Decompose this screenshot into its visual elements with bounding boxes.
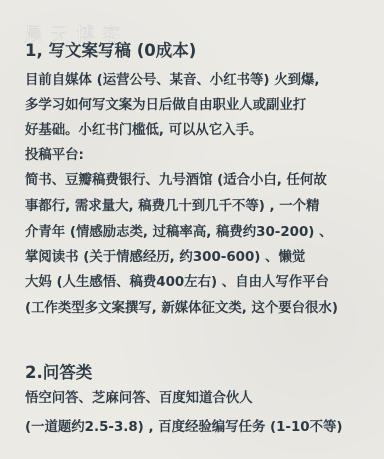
section-2-line: 悟空问答、芝麻问答、百度知道合伙人 (25, 391, 253, 407)
section-1-line: 好基础。小红书门槛低, 可以从它入手。 (25, 123, 262, 139)
section-1-line: 大妈 (人生感悟、稿费400左右) 、自由人写作平台 (25, 275, 329, 291)
section-1-title: 1, 写文案写稿 (0成本) (25, 41, 196, 61)
section-1-line: (工作类型多文案撰写, 新媒体征文类, 这个要台很水) (25, 301, 338, 317)
section-1-line: 介青年 (情感励志类, 过稿率高, 稿费约30-200) 、 (25, 225, 332, 241)
section-1-line: 事都行, 需求量大, 稿费几十到几千不等) , 一个精 (25, 199, 319, 215)
section-2-line: (一道题约2.5-3.8) , 百度经验编写任务 (1-10不等) (25, 420, 343, 436)
section-1-line: 简书、豆瓣稿费银行、九号酒馆 (适合小白, 任何故 (25, 173, 327, 189)
section-2-title: 2.问答类 (25, 363, 92, 383)
section-1-line: 掌阅读书 (关于情感经历, 约300-600) 、懒觉 (25, 250, 305, 266)
section-1-line: 多学习如何写文案为日后做自由职业人或副业打 (25, 98, 306, 114)
section-1-line: 投稿平台: (25, 148, 84, 164)
section-1-line: 目前自媒体 (运营公号、某音、小红书等) 火到爆, (25, 73, 319, 89)
